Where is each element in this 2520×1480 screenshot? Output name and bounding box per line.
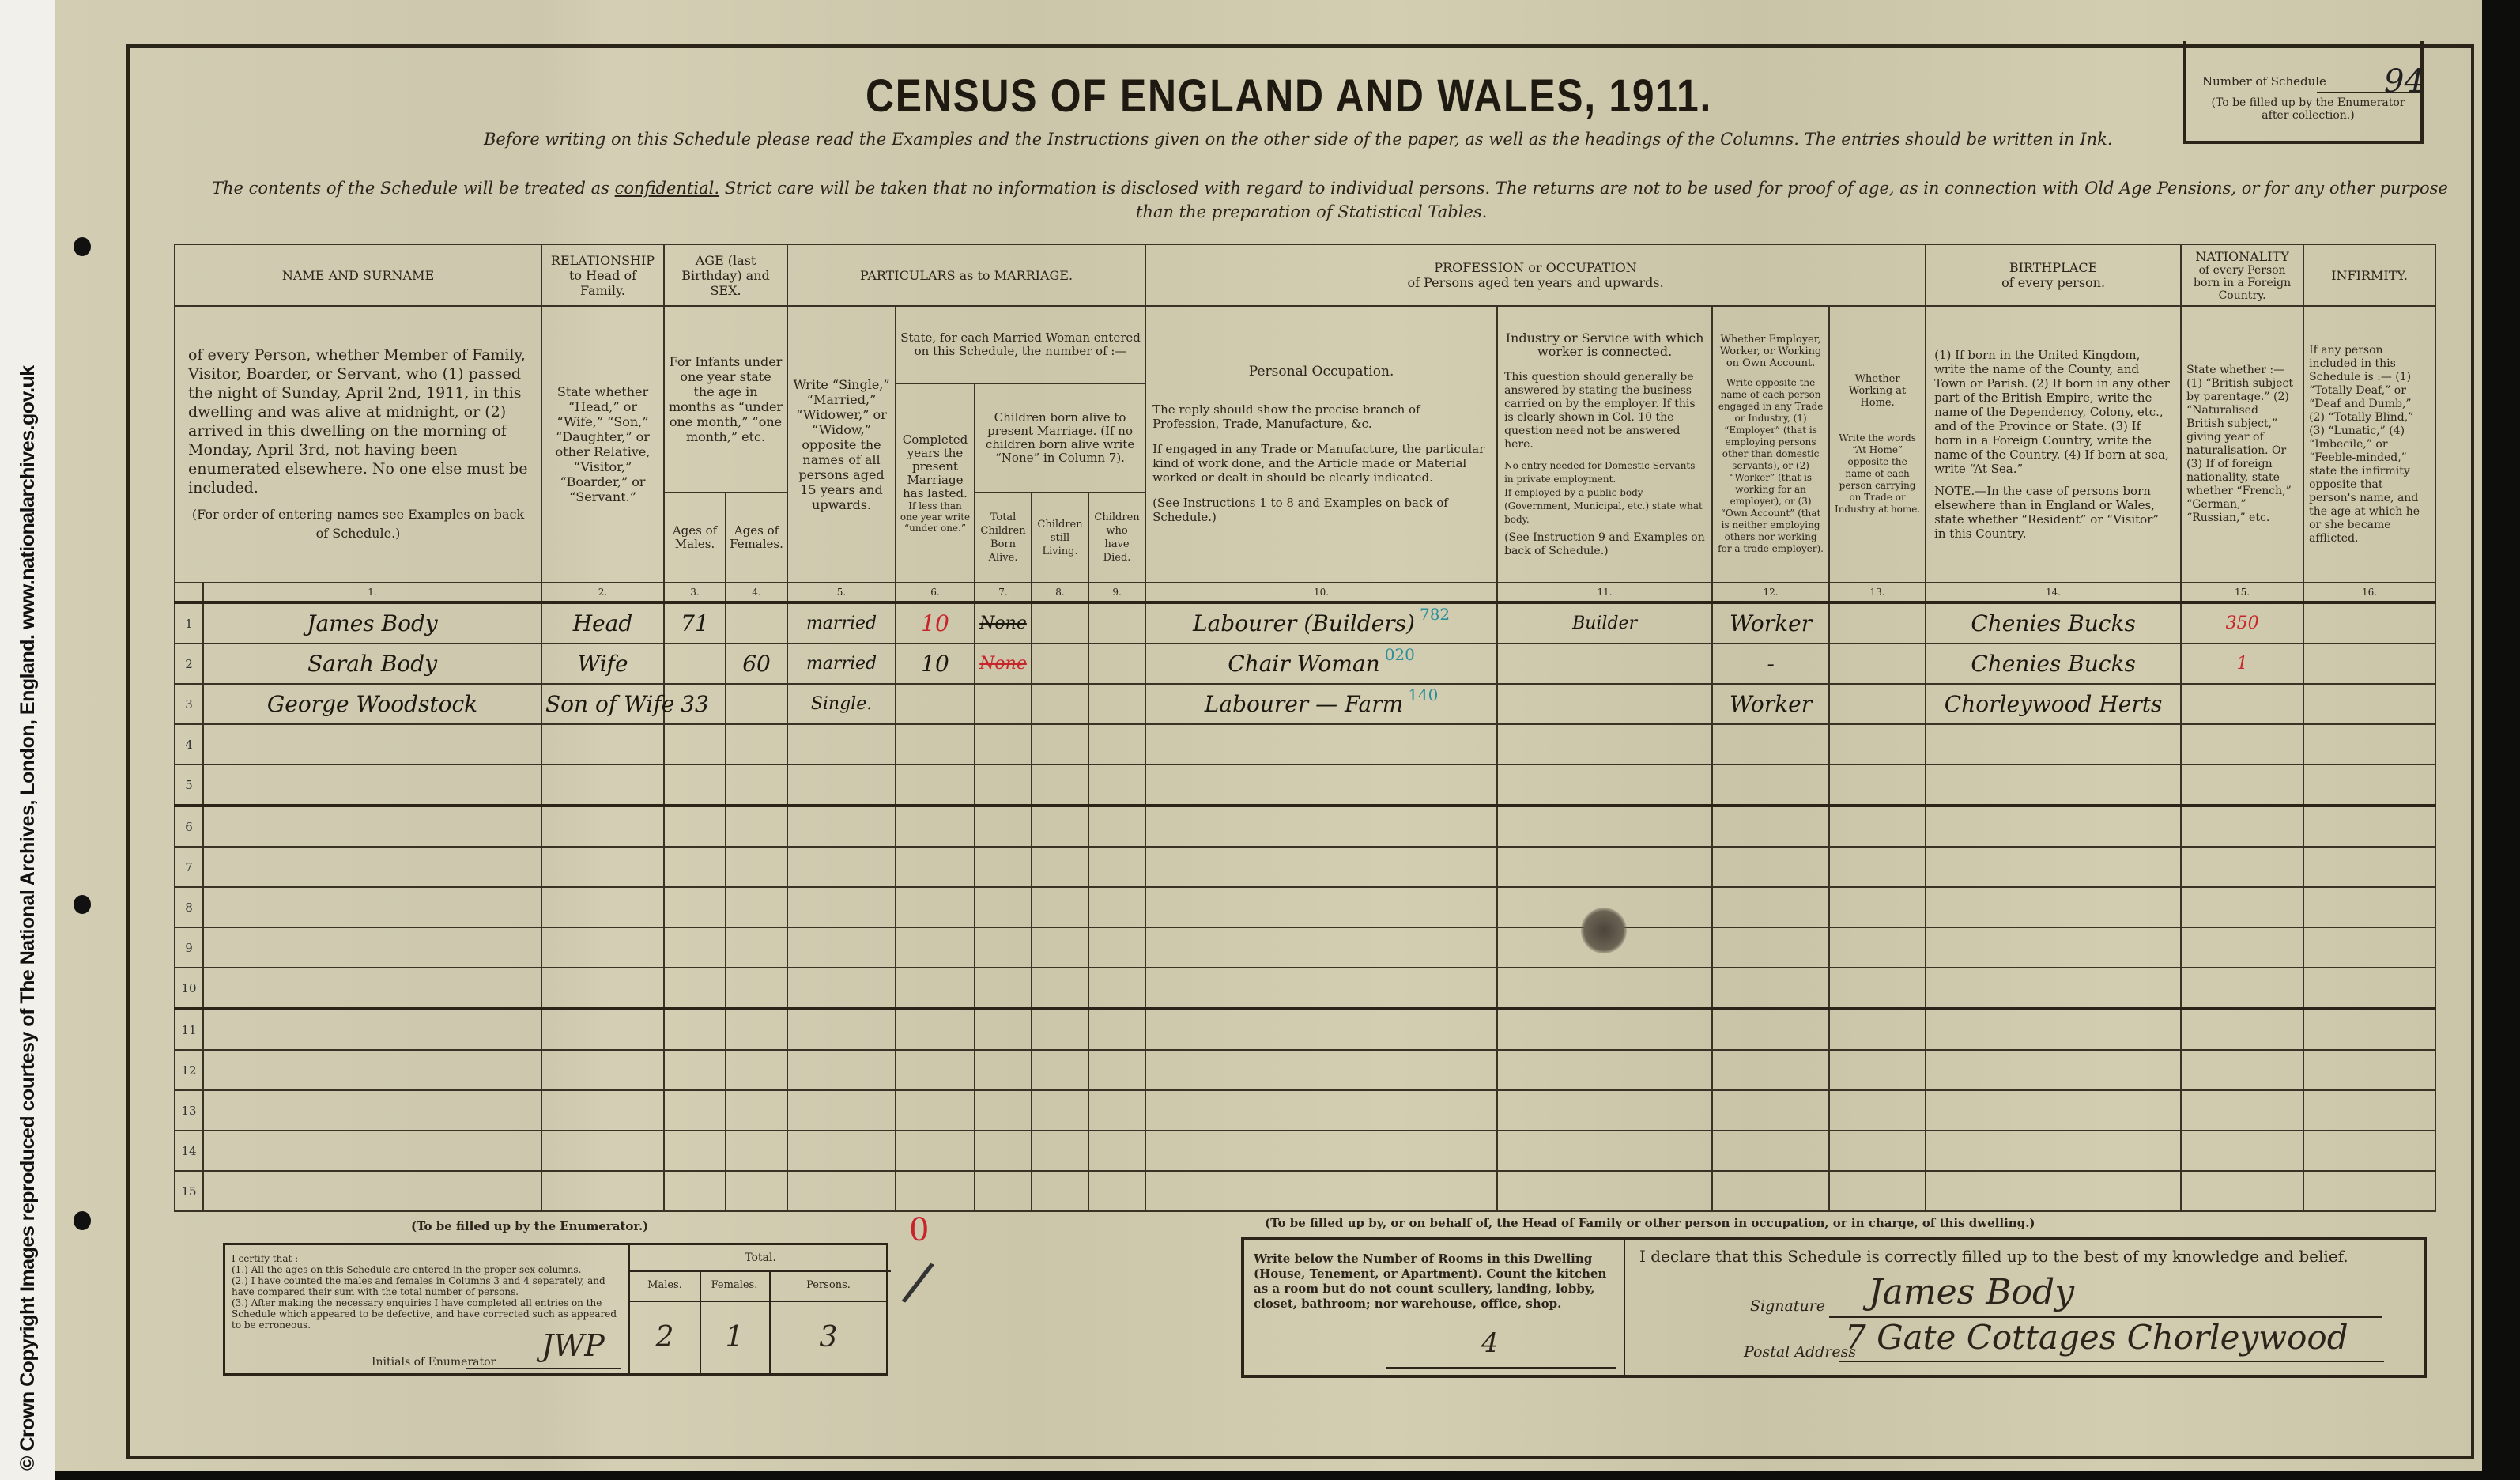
row-number: 2	[175, 644, 203, 684]
table-row: 9	[175, 927, 2435, 968]
industry-value	[1497, 1171, 1712, 1211]
persons-value: 3	[769, 1302, 888, 1373]
person-name	[203, 1131, 541, 1171]
row-number: 11	[175, 1009, 203, 1050]
industry-desc: This question should generally be answer…	[1504, 371, 1705, 451]
children-born-value	[975, 1171, 1032, 1211]
occupation-value: Labourer — Farm140	[1145, 684, 1497, 724]
employment-value	[1712, 724, 1829, 765]
relationship-value	[541, 1171, 664, 1211]
industry-desc: If employed by a public body (Government…	[1504, 486, 1705, 527]
enumerator-initials: JWP	[541, 1328, 605, 1363]
occupation-text: Labourer (Builders)	[1193, 610, 1415, 636]
person-name: Sarah Body	[203, 644, 541, 684]
birthplace-code: 1	[2181, 644, 2303, 684]
person-name: George Woodstock	[203, 684, 541, 724]
years-married-value	[896, 765, 975, 806]
nationality-value	[2181, 847, 2303, 887]
relationship-value	[541, 968, 664, 1009]
employment-value	[1712, 1009, 1829, 1050]
infirmity-instructions: If any person included in this Schedule …	[2303, 306, 2435, 583]
rooms-line	[1386, 1367, 1616, 1369]
occupation-instructions: Personal Occupation.The reply should sho…	[1145, 306, 1497, 583]
at-home-value	[1829, 1050, 1926, 1090]
column-number: 13.	[1829, 583, 1926, 602]
age-male-value	[664, 927, 726, 968]
infirmity-value	[2303, 806, 2435, 847]
children-born-value	[975, 1090, 1032, 1131]
table-row: 2Sarah BodyWife60married10NoneChair Woma…	[175, 644, 2435, 684]
children-died-value	[1088, 1131, 1145, 1171]
children-living-value	[1032, 806, 1088, 847]
at-home-value	[1829, 644, 1926, 684]
employment-value	[1712, 968, 1829, 1009]
header-profession: PROFESSION or OCCUPATIONof Persons aged …	[1145, 244, 1926, 306]
age-male-value	[664, 968, 726, 1009]
industry-value	[1497, 968, 1712, 1009]
confidential-word: confidential.	[615, 179, 719, 198]
person-name	[203, 1090, 541, 1131]
row-number: 9	[175, 927, 203, 968]
age-male-value	[664, 806, 726, 847]
children-living-value	[1032, 1090, 1088, 1131]
age-male-value	[664, 1090, 726, 1131]
employment-value: Worker	[1712, 684, 1829, 724]
marital-status-value	[787, 887, 896, 927]
years-married-value	[896, 927, 975, 968]
infirmity-value	[2303, 1171, 2435, 1211]
column-number: 15.	[2181, 583, 2303, 602]
relationship-value	[541, 724, 664, 765]
relationship-value: Wife	[541, 644, 664, 684]
age-female-value	[726, 968, 787, 1009]
birthplace-code: 350	[2181, 602, 2303, 644]
person-name	[203, 765, 541, 806]
relationship-value	[541, 1090, 664, 1131]
age-female-value	[726, 1009, 787, 1050]
occupation-value	[1145, 847, 1497, 887]
row-number: 13	[175, 1090, 203, 1131]
at-home-value	[1829, 602, 1926, 644]
at-home-value	[1829, 724, 1926, 765]
column-number: 4.	[726, 583, 787, 602]
occupation-value	[1145, 1009, 1497, 1050]
infirmity-value	[2303, 927, 2435, 968]
marital-status-value	[787, 1050, 896, 1090]
table-row: 12	[175, 1050, 2435, 1090]
nationality-value	[2181, 887, 2303, 927]
industry-value	[1497, 847, 1712, 887]
employment-value	[1712, 765, 1829, 806]
males-value: 2	[630, 1302, 700, 1373]
name-instructions: of every Person, whether Member of Famil…	[175, 306, 541, 583]
column-number: 14.	[1926, 583, 2181, 602]
punch-hole	[74, 1211, 91, 1230]
age-male-value	[664, 724, 726, 765]
at-home-value	[1829, 1171, 1926, 1211]
industry-value	[1497, 806, 1712, 847]
females-value: 1	[700, 1302, 769, 1373]
at-home-value	[1829, 1131, 1926, 1171]
marital-status-value	[787, 927, 896, 968]
age-male-value: 71	[664, 602, 726, 644]
table-row: 1James BodyHead71married10NoneLabourer (…	[175, 602, 2435, 644]
birthplace-instructions: (1) If born in the United Kingdom, write…	[1926, 306, 2181, 583]
person-name: James Body	[203, 602, 541, 644]
rooms-section: Write below the Number of Rooms in this …	[1244, 1240, 1625, 1375]
males-header: Ages of Males.	[664, 493, 726, 583]
industry-value	[1497, 765, 1712, 806]
marital-status-value	[787, 765, 896, 806]
occupation-value	[1145, 887, 1497, 927]
years-married-value	[896, 684, 975, 724]
column-number: 9.	[1088, 583, 1145, 602]
age-female-value	[726, 927, 787, 968]
occupation-value	[1145, 927, 1497, 968]
total-children-header: Total Children Born Alive.	[975, 493, 1032, 583]
years-married-instructions: Completed years the present Marriage has…	[896, 383, 975, 583]
infirmity-value	[2303, 765, 2435, 806]
industry-value	[1497, 1090, 1712, 1131]
column-number	[175, 583, 203, 602]
table-row: 10	[175, 968, 2435, 1009]
punch-hole	[74, 895, 91, 914]
initials-line	[466, 1368, 621, 1369]
header-name-surname: NAME AND SURNAME	[175, 244, 541, 306]
children-living-value	[1032, 847, 1088, 887]
row-number: 7	[175, 847, 203, 887]
signature-label: Signature	[1750, 1297, 1825, 1315]
infirmity-value	[2303, 887, 2435, 927]
header-age-sex: AGE (last Birthday) and SEX.	[664, 244, 787, 306]
birthplace-value	[1926, 1131, 2181, 1171]
age-male-value	[664, 887, 726, 927]
at-home-value	[1829, 927, 1926, 968]
nationality-value	[2181, 684, 2303, 724]
employment-title: Whether Employer, Worker, or Working on …	[1716, 334, 1825, 369]
at-home-instructions: Whether Working at Home.Write the words …	[1829, 306, 1926, 583]
header-relationship: RELATIONSHIP to Head of Family.	[541, 244, 664, 306]
household-rows: 1James BodyHead71married10NoneLabourer (…	[175, 602, 2435, 1211]
schedule-number-value: 94	[2384, 63, 2424, 100]
children-died-header: Children who have Died.	[1088, 493, 1145, 583]
children-born-value	[975, 765, 1032, 806]
years-married-note: If less than one year write “under one.”	[900, 500, 971, 534]
occupation-value	[1145, 765, 1497, 806]
infirmity-value	[2303, 724, 2435, 765]
age-female-value	[726, 1171, 787, 1211]
children-born-value	[975, 1131, 1032, 1171]
column-number: 8.	[1032, 583, 1088, 602]
marital-status-value	[787, 847, 896, 887]
birthplace-subtitle: of every person.	[1930, 275, 2177, 290]
age-male-value	[664, 1131, 726, 1171]
industry-title: Industry or Service with which worker is…	[1504, 331, 1705, 358]
column-number: 10.	[1145, 583, 1497, 602]
children-living-value	[1032, 724, 1088, 765]
nationality-value	[2181, 968, 2303, 1009]
occupation-code: 020	[1385, 645, 1415, 664]
nationality-title: NATIONALITY	[2185, 249, 2299, 264]
occupation-code: 782	[1420, 605, 1450, 624]
children-died-value	[1088, 644, 1145, 684]
industry-value: Builder	[1497, 602, 1712, 644]
infirmity-value	[2303, 644, 2435, 684]
relationship-value	[541, 847, 664, 887]
years-married-desc: Completed years the present Marriage has…	[900, 433, 971, 500]
females-label: Females.	[700, 1270, 769, 1302]
at-home-value	[1829, 1090, 1926, 1131]
age-male-value	[664, 847, 726, 887]
children-born-value	[975, 847, 1032, 887]
at-home-value	[1829, 684, 1926, 724]
males-label: Males.	[630, 1270, 700, 1302]
relationship-value	[541, 765, 664, 806]
birthplace-value	[1926, 1090, 2181, 1131]
industry-instructions: Industry or Service with which worker is…	[1497, 306, 1712, 583]
children-living-value	[1032, 602, 1088, 644]
children-born-value: None	[975, 602, 1032, 644]
name-desc: of every Person, whether Member of Famil…	[188, 345, 528, 497]
credit-strip: © Crown Copyright Images reproduced cour…	[0, 0, 55, 1480]
children-living-header: Children still Living.	[1032, 493, 1088, 583]
children-living-value	[1032, 1171, 1088, 1211]
person-name	[203, 1009, 541, 1050]
children-living-value	[1032, 968, 1088, 1009]
industry-value	[1497, 684, 1712, 724]
document-title: CENSUS OF ENGLAND AND WALES, 1911.	[866, 70, 1712, 123]
birthplace-value	[1926, 1009, 2181, 1050]
children-died-value	[1088, 968, 1145, 1009]
table-row: 6	[175, 806, 2435, 847]
at-home-desc: Write the words “At Home” opposite the n…	[1833, 432, 1922, 515]
certify-heading: I certify that :—	[232, 1253, 627, 1264]
years-married-value: 10	[896, 644, 975, 684]
children-died-value	[1088, 887, 1145, 927]
row-number: 8	[175, 887, 203, 927]
birthplace-value	[1926, 847, 2181, 887]
industry-desc: No entry needed for Domestic Servants in…	[1504, 459, 1705, 486]
children-living-value	[1032, 1050, 1088, 1090]
age-male-value	[664, 1009, 726, 1050]
relationship-value	[541, 1050, 664, 1090]
marital-status-value	[787, 806, 896, 847]
relationship-value	[541, 806, 664, 847]
birthplace-desc: (1) If born in the United Kingdom, write…	[1934, 348, 2172, 476]
occupation-value	[1145, 806, 1497, 847]
age-female-value	[726, 887, 787, 927]
children-died-value	[1088, 806, 1145, 847]
age-male-value	[664, 1171, 726, 1211]
age-male-value	[664, 644, 726, 684]
years-married-value	[896, 968, 975, 1009]
children-died-value	[1088, 1171, 1145, 1211]
header-marriage: PARTICULARS as to MARRIAGE.	[787, 244, 1145, 306]
header-birthplace: BIRTHPLACEof every person.	[1926, 244, 2181, 306]
birthplace-value	[1926, 1050, 2181, 1090]
occupation-code: 140	[1408, 685, 1438, 704]
table-row: 8	[175, 887, 2435, 927]
children-born-value	[975, 684, 1032, 724]
children-born-value	[975, 887, 1032, 927]
employment-value: Worker	[1712, 602, 1829, 644]
certify-item: (2.) I have counted the males and female…	[232, 1275, 627, 1297]
occupation-value	[1145, 968, 1497, 1009]
employment-value	[1712, 1131, 1829, 1171]
children-born-value	[975, 1009, 1032, 1050]
red-pencil-mark: 0	[909, 1212, 929, 1248]
children-died-value	[1088, 1009, 1145, 1050]
birthplace-value	[1926, 765, 2181, 806]
infirmity-value	[2303, 1050, 2435, 1090]
instructions-line-3: than the preparation of Statistical Tabl…	[1136, 202, 1487, 221]
column-number: 2.	[541, 583, 664, 602]
instructions-line-1: Before writing on this Schedule please r…	[484, 130, 2113, 149]
relationship-value	[541, 1009, 664, 1050]
nationality-value	[2181, 927, 2303, 968]
nationality-value	[2181, 1009, 2303, 1050]
children-born-value	[975, 1050, 1032, 1090]
relationship-value	[541, 927, 664, 968]
birthplace-value	[1926, 806, 2181, 847]
table-row: 14	[175, 1131, 2435, 1171]
employment-desc: Write opposite the name of each person e…	[1716, 377, 1825, 555]
children-living-value	[1032, 887, 1088, 927]
females-header: Ages of Females.	[726, 493, 787, 583]
schedule-number-label: Number of Schedule	[2202, 74, 2326, 89]
profession-subtitle: of Persons aged ten years and upwards.	[1149, 275, 1922, 290]
at-home-value	[1829, 847, 1926, 887]
industry-value	[1497, 1131, 1712, 1171]
age-female-value	[726, 1131, 787, 1171]
occupation-value	[1145, 724, 1497, 765]
certify-item: (3.) After making the necessary enquirie…	[232, 1297, 627, 1331]
children-born-value	[975, 724, 1032, 765]
initials-label: Initials of Enumerator	[372, 1356, 496, 1369]
persons-label: Persons.	[769, 1270, 888, 1302]
age-male-value	[664, 765, 726, 806]
enumerator-section-title: (To be filled up by the Enumerator.)	[411, 1219, 648, 1233]
males-total: Males.2	[630, 1270, 701, 1376]
person-name	[203, 806, 541, 847]
declaration-text: I declare that this Schedule is correctl…	[1639, 1247, 2348, 1266]
years-married-value	[896, 847, 975, 887]
children-died-value	[1088, 602, 1145, 644]
nationality-value	[2181, 1090, 2303, 1131]
table-row: 3George WoodstockSon of Wife33Single.Lab…	[175, 684, 2435, 724]
nationality-value	[2181, 1050, 2303, 1090]
employment-instructions: Whether Employer, Worker, or Working on …	[1712, 306, 1829, 583]
married-woman-header: State, for each Married Woman entered on…	[896, 306, 1145, 383]
industry-value	[1497, 1009, 1712, 1050]
table-row: 7	[175, 847, 2435, 887]
occupation-value	[1145, 1050, 1497, 1090]
marital-status-value	[787, 1009, 896, 1050]
children-born-value	[975, 968, 1032, 1009]
age-female-value	[726, 1050, 787, 1090]
children-died-value	[1088, 1050, 1145, 1090]
person-name	[203, 847, 541, 887]
marital-status-value	[787, 724, 896, 765]
industry-value	[1497, 724, 1712, 765]
enumerator-certificate: I certify that :— (1.) All the ages on t…	[223, 1243, 888, 1376]
column-number: 12.	[1712, 583, 1829, 602]
children-born-value	[975, 806, 1032, 847]
schedule-number-box: Number of Schedule 94 (To be filled up b…	[2183, 41, 2424, 144]
occupation-text: Labourer — Farm	[1205, 691, 1403, 717]
table-row: 5	[175, 765, 2435, 806]
at-home-value	[1829, 806, 1926, 847]
relationship-value	[541, 887, 664, 927]
birthplace-note: NOTE.—In the case of persons born elsewh…	[1934, 484, 2172, 541]
occupation-value: Chair Woman020	[1145, 644, 1497, 684]
address-value: 7 Gate Cottages Chorleywood	[1845, 1318, 2348, 1357]
children-died-value	[1088, 684, 1145, 724]
age-female-value	[726, 684, 787, 724]
children-died-value	[1088, 1090, 1145, 1131]
infirmity-value	[2303, 602, 2435, 644]
marital-status-value	[787, 968, 896, 1009]
rooms-count: 4	[1481, 1327, 1499, 1359]
children-living-value	[1032, 765, 1088, 806]
instructions-text: The contents of the Schedule will be tre…	[212, 179, 615, 198]
birthplace-value	[1926, 968, 2181, 1009]
marital-status-value: married	[787, 602, 896, 644]
persons-total: Persons.3	[769, 1270, 888, 1376]
certify-item: (1.) All the ages on this Schedule are e…	[232, 1264, 627, 1275]
person-name	[203, 724, 541, 765]
years-married-value	[896, 887, 975, 927]
nationality-value	[2181, 806, 2303, 847]
occupation-value: Labourer (Builders)782	[1145, 602, 1497, 644]
occupier-declaration: Write below the Number of Rooms in this …	[1241, 1237, 2427, 1378]
instructions-line-2: The contents of the Schedule will be tre…	[212, 179, 2448, 198]
children-born-value: None	[975, 644, 1032, 684]
occupation-note: (See Instructions 1 to 8 and Examples on…	[1152, 496, 1490, 524]
row-number: 15	[175, 1171, 203, 1211]
years-married-value	[896, 1131, 975, 1171]
birthplace-value: Chenies Bucks	[1926, 644, 2181, 684]
occupier-section-title: (To be filled up by, or on behalf of, th…	[1265, 1216, 2035, 1230]
signature-value: James Body	[1869, 1272, 2074, 1312]
birthplace-title: BIRTHPLACE	[1930, 260, 2177, 275]
ink-stain	[1581, 908, 1627, 953]
industry-note: (See Instruction 9 and Examples on back …	[1504, 531, 1705, 558]
column-number: 1.	[203, 583, 541, 602]
column-number: 6.	[896, 583, 975, 602]
children-living-value	[1032, 644, 1088, 684]
nationality-value	[2181, 724, 2303, 765]
household-table: NAME AND SURNAME RELATIONSHIP to Head of…	[174, 244, 2436, 1212]
person-name	[203, 968, 541, 1009]
occupation-title: Personal Occupation.	[1152, 364, 1490, 379]
at-home-value	[1829, 765, 1926, 806]
address-label: Postal Address	[1744, 1343, 1856, 1361]
schedule-number-note: (To be filled up by the Enumerator after…	[2197, 96, 2419, 122]
years-married-value	[896, 1050, 975, 1090]
name-note: (For order of entering names see Example…	[188, 505, 528, 543]
row-number: 12	[175, 1050, 203, 1090]
age-male-value	[664, 1050, 726, 1090]
children-living-value	[1032, 1131, 1088, 1171]
marital-status-value	[787, 1090, 896, 1131]
birthplace-value: Chorleywood Herts	[1926, 684, 2181, 724]
infirmity-value	[2303, 1131, 2435, 1171]
certificate-text: I certify that :— (1.) All the ages on t…	[232, 1253, 627, 1331]
person-name	[203, 887, 541, 927]
relationship-instructions: State whether “Head,” or “Wife,” “Son,” …	[541, 306, 664, 583]
table-row: 4	[175, 724, 2435, 765]
